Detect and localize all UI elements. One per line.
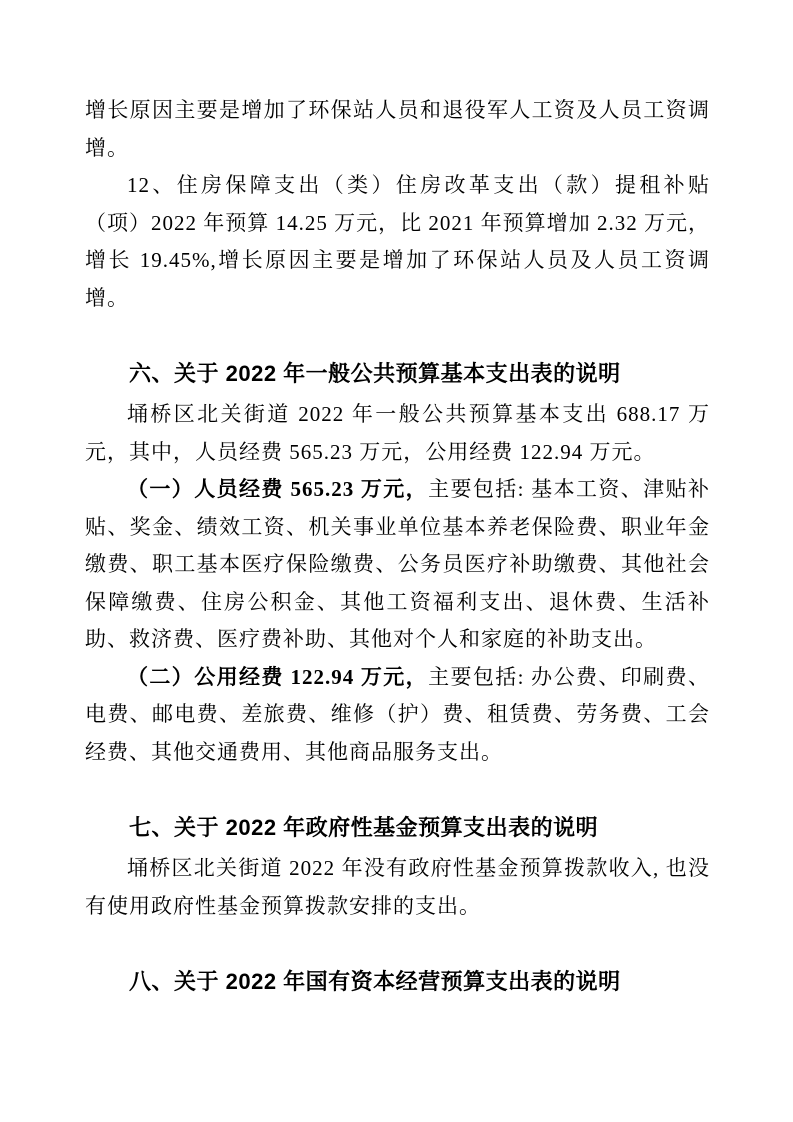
paragraph-text: 主要包括: 基本工资、津贴补贴、奖金、绩效工资、机关事业单位基本养老保险费、职业… [85, 477, 710, 651]
paragraph-bold-lead: （一）人员经费 565.23 万元， [127, 477, 428, 501]
section-heading: 六、关于 2022 年一般公共预算基本支出表的说明 [85, 355, 710, 393]
paragraph-text: 埇桥区北关街道 2022 年没有政府性基金预算拨款收入, 也没有使用政府性基金预… [85, 856, 710, 918]
body-paragraph: （二）公用经费 122.94 万元，主要包括: 办公费、印刷费、电费、邮电费、差… [85, 659, 710, 772]
body-paragraph: 12、住房保障支出（类）住房改革支出（款）提租补贴（项）2022 年预算 14.… [85, 167, 710, 317]
body-paragraph: 埇桥区北关街道 2022 年没有政府性基金预算拨款收入, 也没有使用政府性基金预… [85, 850, 710, 925]
paragraph-text: 增长原因主要是增加了环保站人员和退役军人工资及人员工资调增。 [85, 98, 710, 160]
section-heading: 七、关于 2022 年政府性基金预算支出表的说明 [85, 809, 710, 847]
body-paragraph: （一）人员经费 565.23 万元，主要包括: 基本工资、津贴补贴、奖金、绩效工… [85, 471, 710, 659]
body-paragraph: 增长原因主要是增加了环保站人员和退役军人工资及人员工资调增。 [85, 92, 710, 167]
section-heading: 八、关于 2022 年国有资本经营预算支出表的说明 [85, 963, 710, 1001]
paragraph-text: 12、住房保障支出（类）住房改革支出（款）提租补贴（项）2022 年预算 14.… [85, 173, 710, 310]
document-body: 增长原因主要是增加了环保站人员和退役军人工资及人员工资调增。 12、住房保障支出… [85, 92, 710, 1000]
paragraph-bold-lead: （二）公用经费 122.94 万元， [127, 665, 428, 689]
body-paragraph: 埇桥区北关街道 2022 年一般公共预算基本支出 688.17 万元，其中，人员… [85, 396, 710, 471]
document-page: 增长原因主要是增加了环保站人员和退役军人工资及人员工资调增。 12、住房保障支出… [0, 0, 793, 1122]
paragraph-text: 埇桥区北关街道 2022 年一般公共预算基本支出 688.17 万元，其中，人员… [85, 402, 710, 464]
